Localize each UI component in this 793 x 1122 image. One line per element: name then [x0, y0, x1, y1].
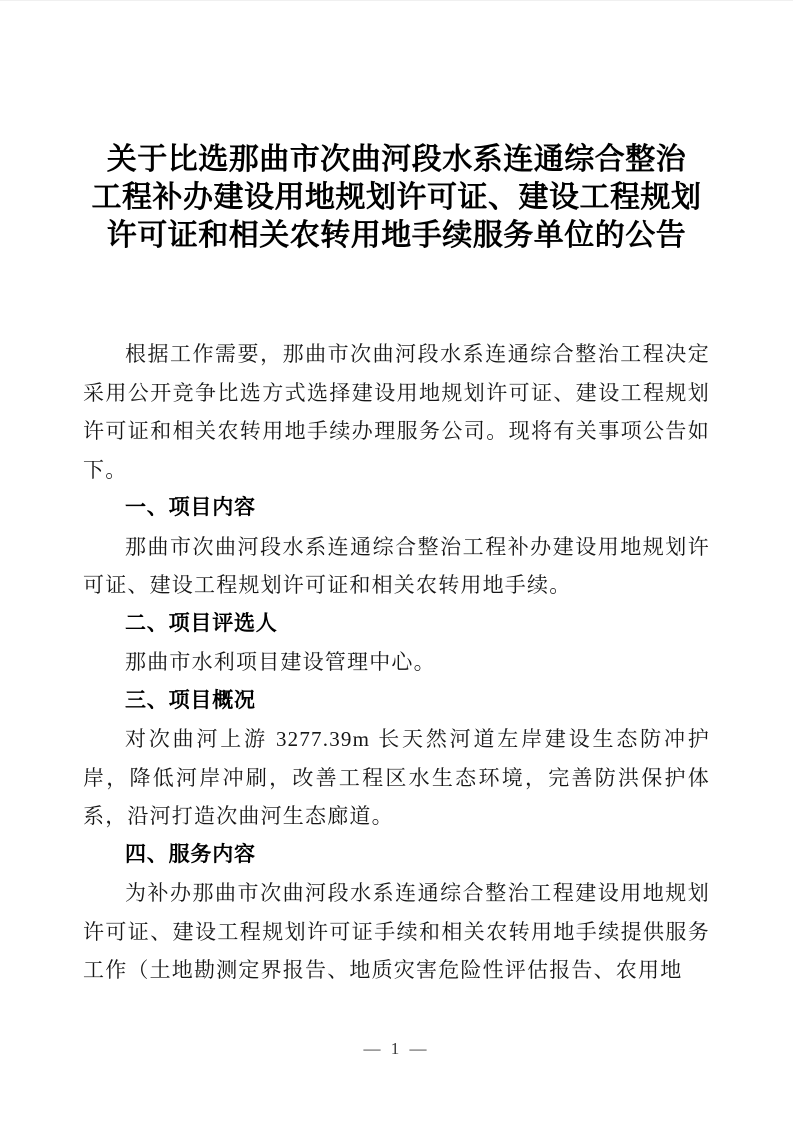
section-1-paragraph: 那曲市次曲河段水系连通综合整治工程补办建设用地规划许可证、建设工程规划许可证和相…: [83, 528, 710, 605]
document-page: 关于比选那曲市次曲河段水系连通综合整治 工程补办建设用地规划许可证、建设工程规划…: [0, 0, 793, 1122]
section-2-heading: 二、项目评选人: [83, 605, 710, 644]
section-3-paragraph: 对次曲河上游 3277.39m 长天然河道左岸建设生态防冲护岸，降低河岸冲刷，改…: [83, 720, 710, 836]
title-line-1: 关于比选那曲市次曲河段水系连通综合整治: [0, 141, 793, 179]
section-3-heading: 三、项目概况: [83, 682, 710, 721]
section-4-paragraph: 为补办那曲市次曲河段水系连通综合整治工程建设用地规划许可证、建设工程规划许可证手…: [83, 874, 710, 990]
page-number: — 1 —: [0, 1039, 793, 1059]
document-body: 根据工作需要，那曲市次曲河段水系连通综合整治工程决定采用公开竞争比选方式选择建设…: [83, 335, 710, 990]
title-line-3: 许可证和相关农转用地手续服务单位的公告: [0, 217, 793, 255]
section-1-heading: 一、项目内容: [83, 489, 710, 528]
intro-paragraph: 根据工作需要，那曲市次曲河段水系连通综合整治工程决定采用公开竞争比选方式选择建设…: [83, 335, 710, 489]
title-line-2: 工程补办建设用地规划许可证、建设工程规划: [0, 179, 793, 217]
section-2-paragraph: 那曲市水利项目建设管理中心。: [83, 643, 710, 682]
section-4-heading: 四、服务内容: [83, 836, 710, 875]
document-title: 关于比选那曲市次曲河段水系连通综合整治 工程补办建设用地规划许可证、建设工程规划…: [0, 1, 793, 255]
